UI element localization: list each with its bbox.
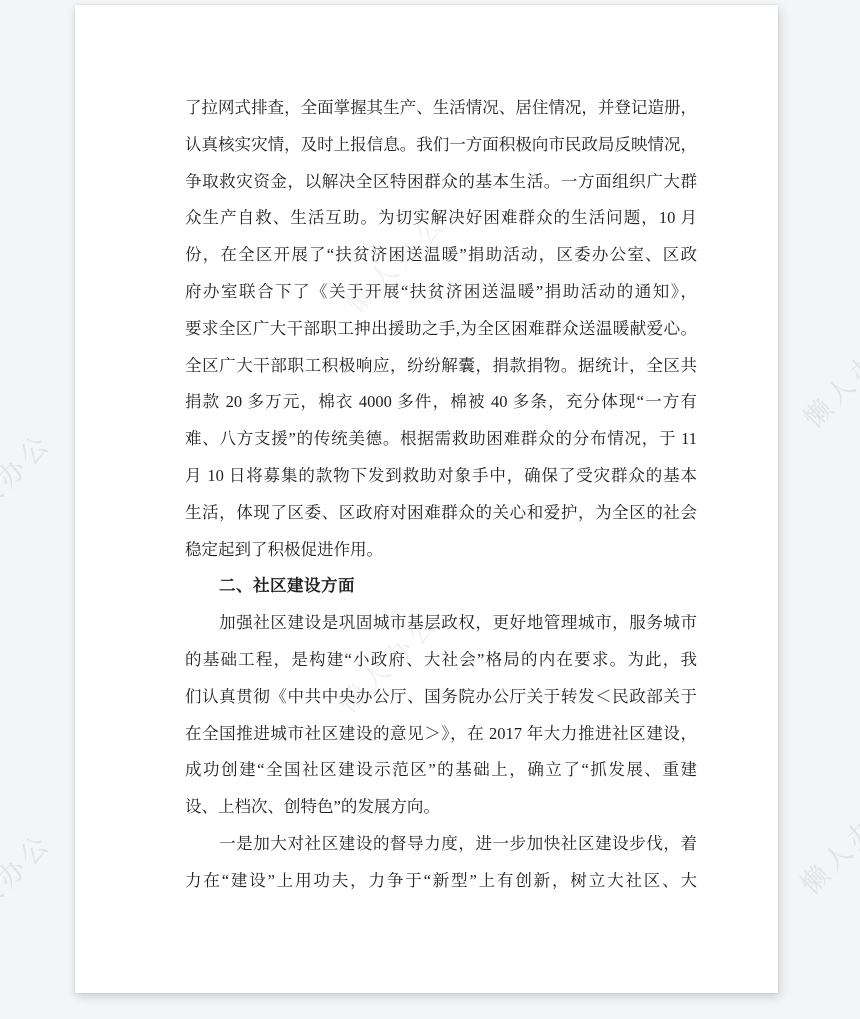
text-line: 府办室联合下了《关于开展“扶贫济困送温暖”捐助活动的通知》， [185,274,697,311]
community-measure-one-paragraph: 一是加大对社区建设的督导力度，进一步加快社区建设步伐，着力在“建设”上用功夫，力… [185,826,697,900]
text-line: 全区广大干部职工积极响应，纷纷解囊，捐款捐物。据统计，全区共 [185,348,697,385]
text-line: 捐款 20 多万元，棉衣 4000 多件，棉被 40 多条，充分体现“一方有 [185,384,697,421]
text-line: 们认真贯彻《中共中央办公厅、国务院办公厅关于转发＜民政部关于 [185,679,697,716]
text-line: 稳定起到了积极促进作用。 [185,532,697,569]
text-line: 在全国推进城市社区建设的意见＞》，在 2017 年大力推进社区建设， [185,716,697,753]
section-heading-community-building: 二、社区建设方面 [185,568,697,605]
document-page: 了拉网式排查，全面掌握其生产、生活情况、居住情况，并登记造册，认真核实灾情，及时… [75,5,778,993]
watermark-text: 懒人办公 [790,783,860,901]
watermark-text: 懒人办公 [0,822,59,940]
text-line: 二、社区建设方面 [185,568,697,605]
text-line: 众生产自救、生活互助。为切实解决好困难群众的生活问题，10 月 [185,200,697,237]
community-building-paragraph: 加强社区建设是巩固城市基层政权，更好地管理城市，服务城市的基础工程，是构建“小政… [185,605,697,826]
text-line: 份，在全区开展了“扶贫济困送温暖”捐助活动，区委办公室、区政 [185,237,697,274]
text-line: 的基础工程，是构建“小政府、大社会”格局的内在要求。为此，我 [185,642,697,679]
watermark-text: 懒人办公 [0,422,59,540]
text-line: 难、八方支援”的传统美德。根据需救助困难群众的分布情况，于 11 [185,421,697,458]
watermark-text: 懒人办公 [793,317,860,435]
document-body: 了拉网式排查，全面掌握其生产、生活情况、居住情况，并登记造册，认真核实灾情，及时… [185,90,697,900]
text-line: 成功创建“全国社区建设示范区”的基础上，确立了“抓发展、重建 [185,752,697,789]
text-line: 设、上档次、创特色”的发展方向。 [185,789,697,826]
text-line: 一是加大对社区建设的督导力度，进一步加快社区建设步伐，着 [185,826,697,863]
text-line: 认真核实灾情，及时上报信息。我们一方面积极向市民政局反映情况， [185,127,697,164]
document-viewer: 了拉网式排查，全面掌握其生产、生活情况、居住情况，并登记造册，认真核实灾情，及时… [0,0,860,1019]
text-line: 生活，体现了区委、区政府对困难群众的关心和爱护，为全区的社会 [185,495,697,532]
text-line: 加强社区建设是巩固城市基层政权，更好地管理城市，服务城市 [185,605,697,642]
text-line: 月 10 日将募集的款物下发到救助对象手中，确保了受灾群众的基本 [185,458,697,495]
text-line: 了拉网式排查，全面掌握其生产、生活情况、居住情况，并登记造册， [185,90,697,127]
disaster-relief-paragraph: 了拉网式排查，全面掌握其生产、生活情况、居住情况，并登记造册，认真核实灾情，及时… [185,90,697,568]
text-line: 要求全区广大干部职工抻出援助之手,为全区困难群众送温暖献爱心。 [185,311,697,348]
text-line: 力在“建设”上用功夫，力争于“新型”上有创新，树立大社区、大 [185,863,697,900]
text-line: 争取救灾资金，以解决全区特困群众的基本生活。一方面组织广大群 [185,164,697,201]
